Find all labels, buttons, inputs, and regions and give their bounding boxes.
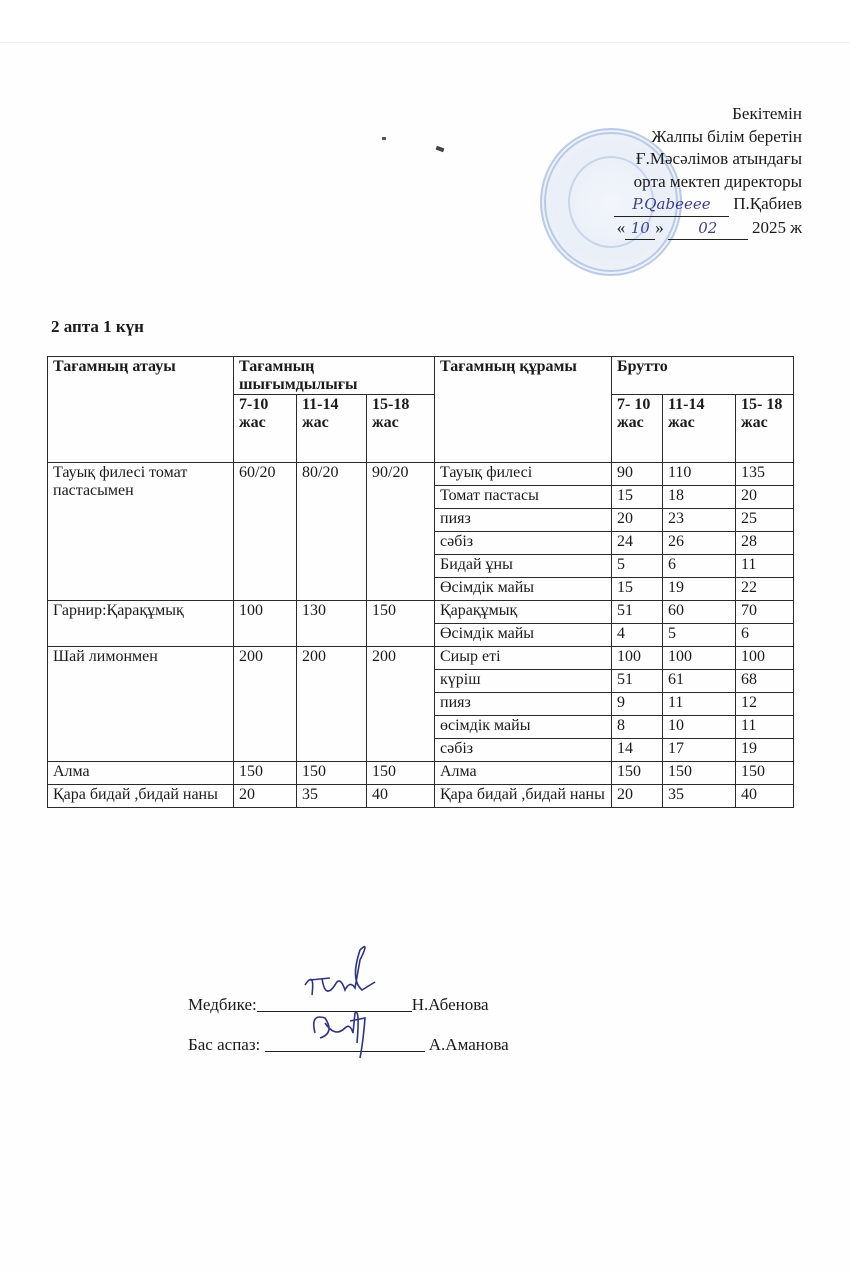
table-row: Қара бидай ,бидай наны203540Қара бидай ,…: [48, 785, 794, 808]
ingredient-name: пияз: [435, 693, 612, 716]
ingredient-brutto: 40: [736, 785, 794, 808]
signature-name: Н.Абенова: [412, 995, 489, 1014]
ingredient-name: Өсімдік майы: [435, 624, 612, 647]
table-row: Шай лимонмен200200200Сиыр еті100100100: [48, 647, 794, 670]
dish-yield: 150: [367, 601, 435, 647]
ingredient-brutto: 35: [663, 785, 736, 808]
ingredient-name: Алма: [435, 762, 612, 785]
ingredient-brutto: 14: [612, 739, 663, 762]
ingredient-brutto: 10: [663, 716, 736, 739]
ingredient-name: сәбіз: [435, 739, 612, 762]
ingredient-name: сәбіз: [435, 532, 612, 555]
approval-line: орта мектеп директоры: [614, 171, 802, 194]
ingredient-brutto: 20: [612, 785, 663, 808]
ingredient-brutto: 18: [663, 486, 736, 509]
approval-line: Бекітемін: [614, 103, 802, 126]
table-header-row: Тағамның атауы Тағамның шығымдылығы Таға…: [48, 357, 794, 395]
ingredient-brutto: 60: [663, 601, 736, 624]
chef-handwritten-signature: [305, 1003, 380, 1063]
ingredient-brutto: 135: [736, 463, 794, 486]
dish-yield: 130: [297, 601, 367, 647]
header-yield-age: 15-18 жас: [367, 395, 435, 463]
table-body: Тауық филесі томат пастасымен60/2080/209…: [48, 463, 794, 808]
header-yield: Тағамның шығымдылығы: [234, 357, 435, 395]
ingredient-brutto: 9: [612, 693, 663, 716]
director-signature-line: P.Qabeeee П.Қабиев: [614, 193, 802, 217]
header-yield-age: 11-14 жас: [297, 395, 367, 463]
ingredient-name: Сиыр еті: [435, 647, 612, 670]
dish-name: Шай лимонмен: [48, 647, 234, 762]
ingredient-brutto: 22: [736, 578, 794, 601]
ingredient-name: Бидай ұны: [435, 555, 612, 578]
ingredient-brutto: 19: [736, 739, 794, 762]
ingredient-brutto: 15: [612, 578, 663, 601]
signature-name: А.Аманова: [429, 1035, 509, 1054]
table-row: Алма150150150Алма150150150: [48, 762, 794, 785]
quote-close: »: [655, 218, 664, 237]
ingredient-brutto: 25: [736, 509, 794, 532]
dish-yield: 80/20: [297, 463, 367, 601]
dish-yield: 60/20: [234, 463, 297, 601]
dish-yield: 200: [367, 647, 435, 762]
ingredient-brutto: 150: [663, 762, 736, 785]
date-day-field: 10: [625, 217, 655, 241]
approval-line: Жалпы білім беретін: [614, 126, 802, 149]
ingredient-name: Өсімдік майы: [435, 578, 612, 601]
dish-yield: 150: [297, 762, 367, 785]
date-day: 10: [631, 219, 650, 237]
ingredient-brutto: 24: [612, 532, 663, 555]
ingredient-name: Қара бидай ,бидай наны: [435, 785, 612, 808]
ingredient-name: өсімдік майы: [435, 716, 612, 739]
ingredient-brutto: 8: [612, 716, 663, 739]
ingredient-brutto: 100: [612, 647, 663, 670]
ingredient-brutto: 70: [736, 601, 794, 624]
table-row: Тауық филесі томат пастасымен60/2080/209…: [48, 463, 794, 486]
dish-yield: 100: [234, 601, 297, 647]
ingredient-brutto: 61: [663, 670, 736, 693]
dish-yield: 90/20: [367, 463, 435, 601]
ingredient-brutto: 19: [663, 578, 736, 601]
signature-role: Медбике:: [188, 995, 257, 1014]
ingredient-brutto: 26: [663, 532, 736, 555]
header-dish-name: Тағамның атауы: [48, 357, 234, 463]
ingredient-brutto: 51: [612, 670, 663, 693]
ingredient-brutto: 20: [736, 486, 794, 509]
ingredient-brutto: 11: [663, 693, 736, 716]
header-brutto-age: 11-14 жас: [663, 395, 736, 463]
signature-role: Бас аспаз:: [188, 1035, 260, 1054]
ingredient-brutto: 23: [663, 509, 736, 532]
ingredient-brutto: 5: [612, 555, 663, 578]
header-brutto: Брутто: [612, 357, 794, 395]
scan-speck: [382, 137, 386, 140]
dish-name: Қара бидай ,бидай наны: [48, 785, 234, 808]
table-row: Гарнир:Қарақұмық100130150Қарақұмық516070: [48, 601, 794, 624]
ingredient-name: Тауық филесі: [435, 463, 612, 486]
date-year: 2025 ж: [752, 218, 802, 237]
director-signature: P.Qabeeee: [614, 193, 729, 217]
dish-name: Алма: [48, 762, 234, 785]
ingredient-name: Томат пастасы: [435, 486, 612, 509]
ingredient-brutto: 17: [663, 739, 736, 762]
ingredient-brutto: 15: [612, 486, 663, 509]
ingredient-brutto: 4: [612, 624, 663, 647]
dish-name: Тауық филесі томат пастасымен: [48, 463, 234, 601]
ingredient-brutto: 12: [736, 693, 794, 716]
approval-line: Ғ.Мәсәлімов атындағы: [614, 148, 802, 171]
nurse-handwritten-signature: [300, 940, 380, 1010]
ingredient-name: пияз: [435, 509, 612, 532]
date-month: 02: [698, 219, 717, 237]
director-name: П.Қабиев: [733, 194, 802, 213]
quote-open: «: [617, 218, 626, 237]
dish-yield: 200: [234, 647, 297, 762]
ingredient-brutto: 11: [736, 716, 794, 739]
dish-yield: 35: [297, 785, 367, 808]
approval-block: Бекітемін Жалпы білім беретін Ғ.Мәсәлімо…: [614, 103, 802, 240]
ingredient-name: күріш: [435, 670, 612, 693]
dish-yield: 150: [367, 762, 435, 785]
header-brutto-age: 15- 18 жас: [736, 395, 794, 463]
header-brutto-age: 7- 10 жас: [612, 395, 663, 463]
ingredient-brutto: 90: [612, 463, 663, 486]
dish-yield: 150: [234, 762, 297, 785]
handwritten-signature: P.Qabeeee: [632, 195, 710, 213]
ingredient-brutto: 51: [612, 601, 663, 624]
header-composition: Тағамның құрамы: [435, 357, 612, 463]
dish-yield: 40: [367, 785, 435, 808]
ingredient-brutto: 6: [736, 624, 794, 647]
ingredient-brutto: 6: [663, 555, 736, 578]
dish-yield: 200: [297, 647, 367, 762]
ingredient-brutto: 150: [736, 762, 794, 785]
ingredient-brutto: 28: [736, 532, 794, 555]
ingredient-brutto: 150: [612, 762, 663, 785]
page-title: 2 апта 1 күн: [51, 317, 144, 337]
date-month-field: 02: [668, 217, 748, 241]
header-yield-age: 7-10 жас: [234, 395, 297, 463]
ingredient-brutto: 11: [736, 555, 794, 578]
dish-yield: 20: [234, 785, 297, 808]
ingredient-brutto: 68: [736, 670, 794, 693]
ingredient-brutto: 100: [663, 647, 736, 670]
ingredient-brutto: 20: [612, 509, 663, 532]
menu-table: Тағамның атауы Тағамның шығымдылығы Таға…: [47, 356, 794, 808]
ingredient-name: Қарақұмық: [435, 601, 612, 624]
ingredient-brutto: 5: [663, 624, 736, 647]
approval-date: «10»02 2025 ж: [614, 217, 802, 241]
ingredient-brutto: 110: [663, 463, 736, 486]
ingredient-brutto: 100: [736, 647, 794, 670]
dish-name: Гарнир:Қарақұмық: [48, 601, 234, 647]
